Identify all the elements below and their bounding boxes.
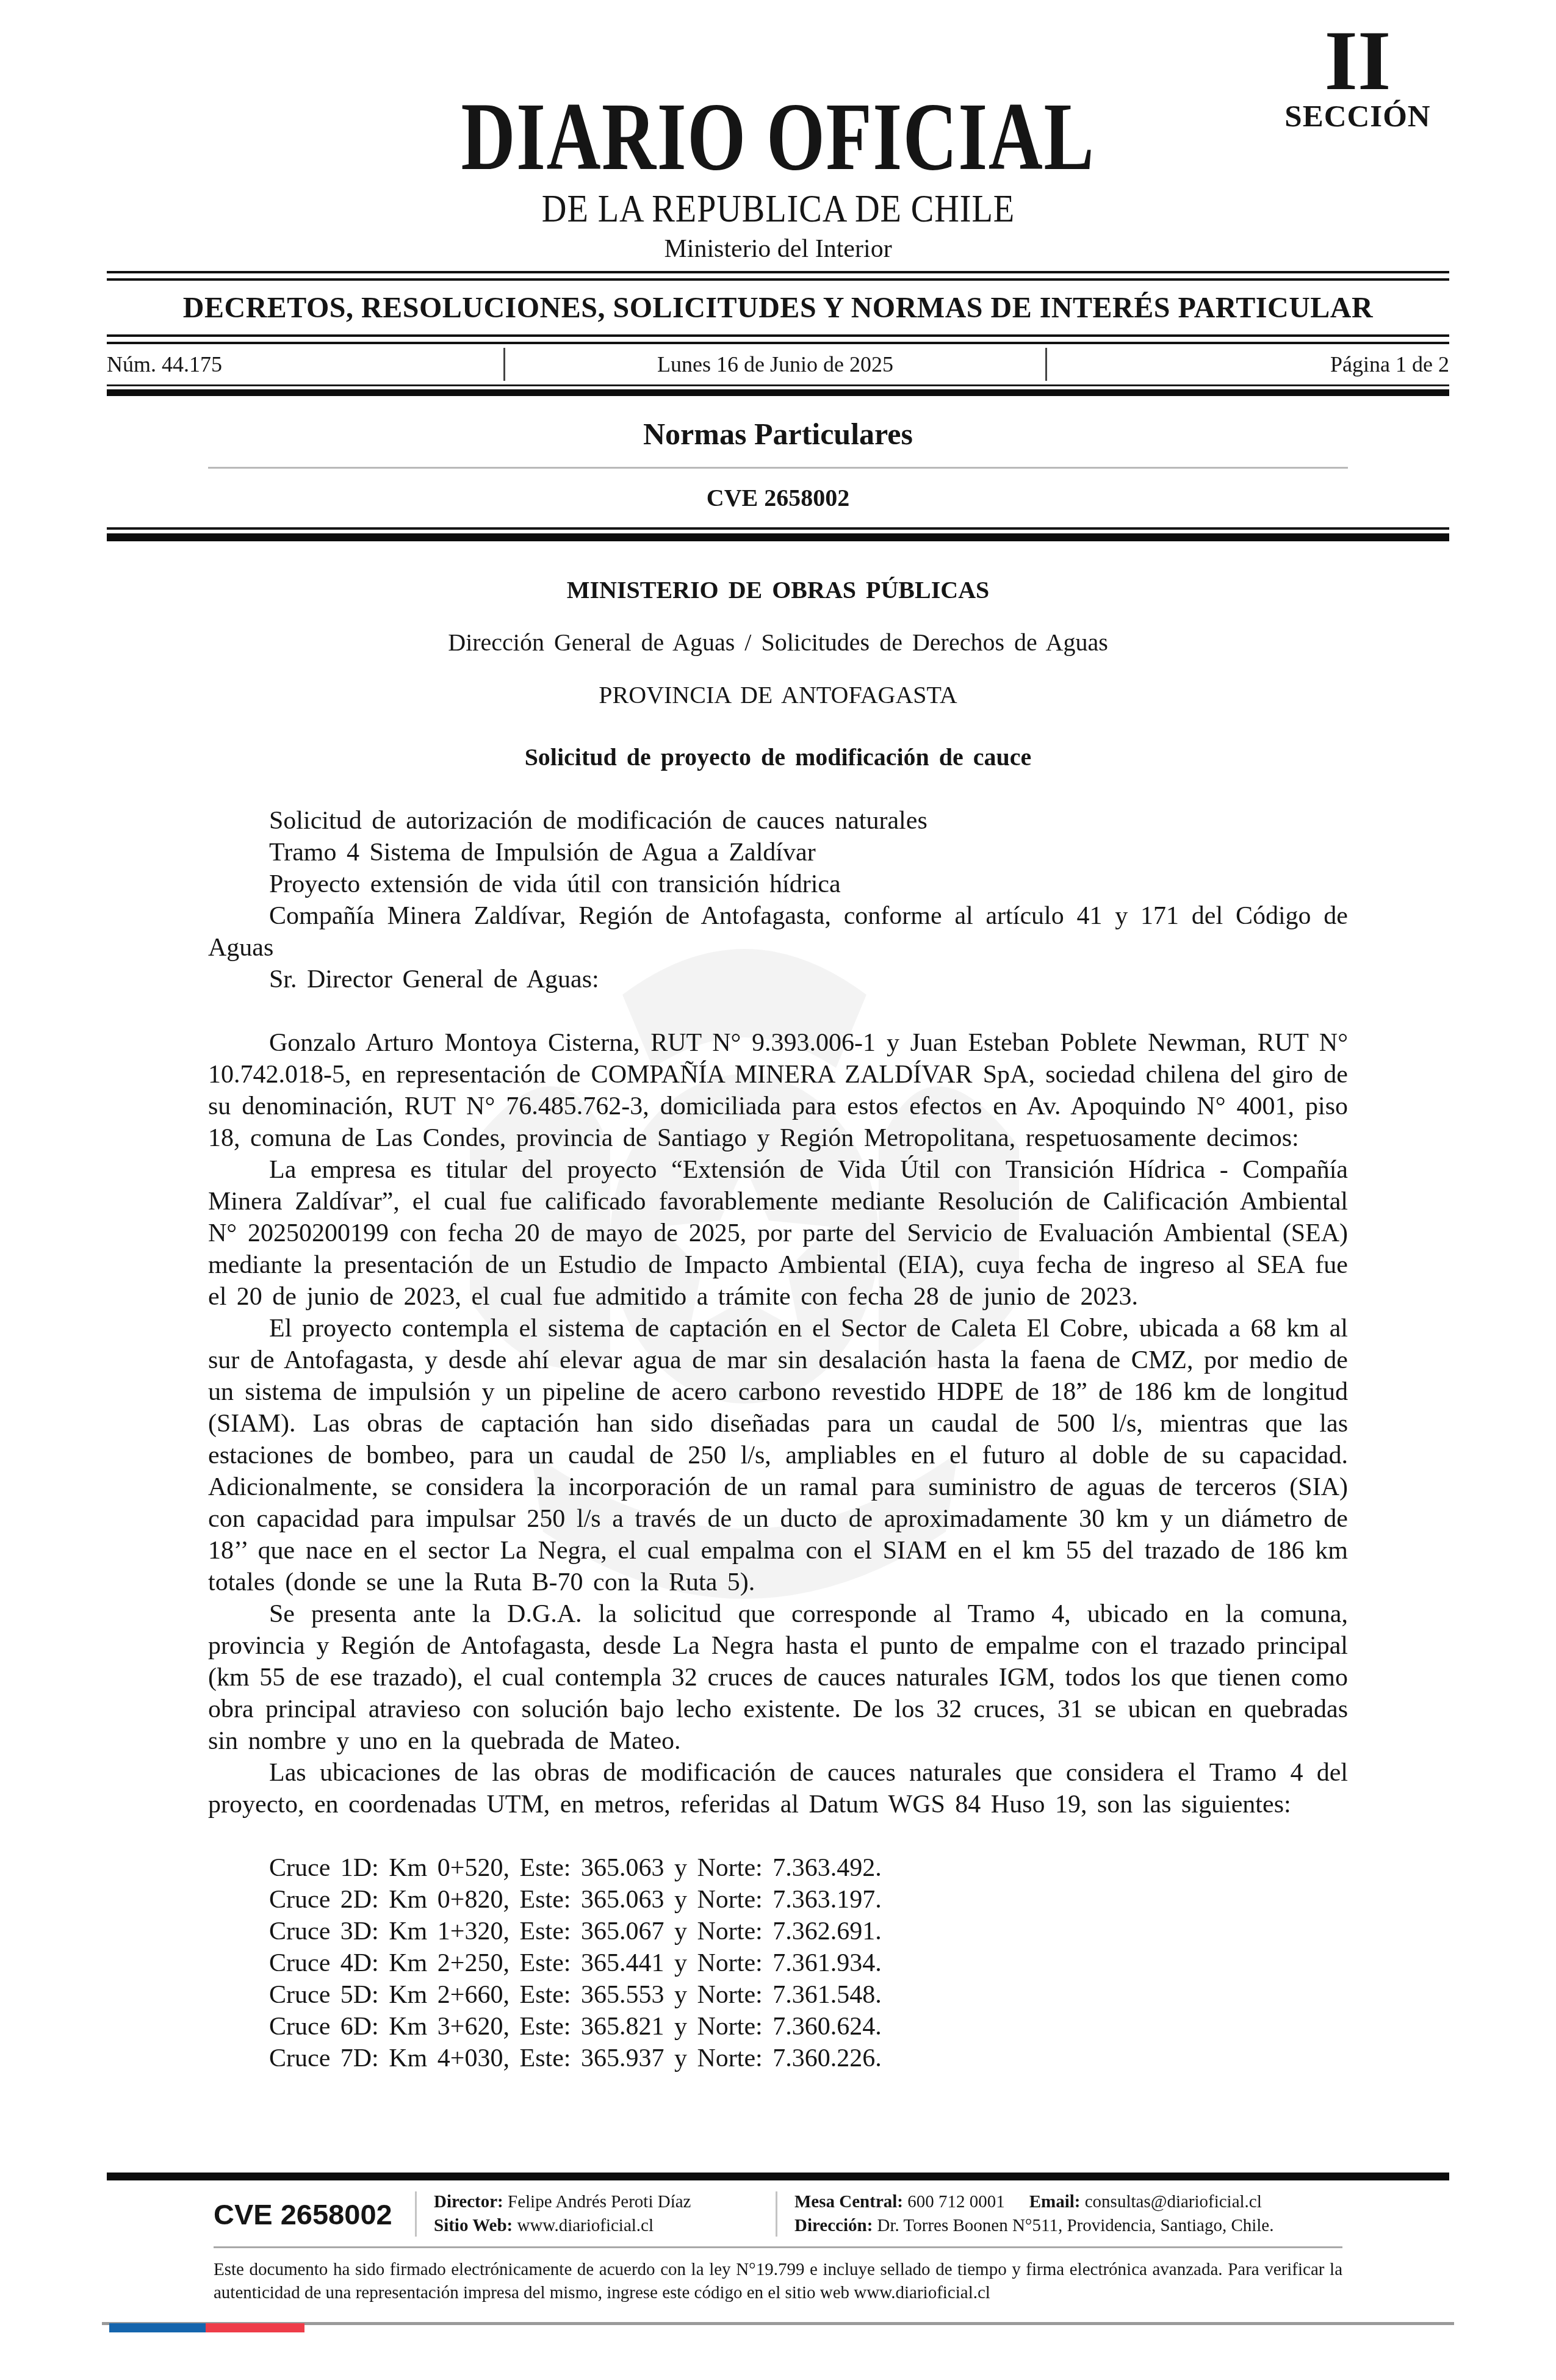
address-value: Dr. Torres Boonen N°511, Providencia, Sa…	[877, 2216, 1274, 2235]
email-value: consultas@diarioficial.cl	[1085, 2192, 1262, 2212]
footer-director-column: Director: Felipe Andrés Peroti Díaz Siti…	[417, 2190, 776, 2238]
issue-bar: Núm. 44.175 Lunes 16 de Junio de 2025 Pá…	[107, 344, 1449, 384]
notice-body: MINISTERIO DE OBRAS PÚBLICAS Dirección G…	[208, 577, 1348, 2074]
footer-address-line: Dirección: Dr. Torres Boonen N°511, Prov…	[794, 2214, 1342, 2238]
legal-text: Este documento ha sido firmado electróni…	[214, 2258, 1342, 2304]
crossing-line: Cruce 6D: Km 3+620, Este: 365.821 y Nort…	[208, 2011, 1348, 2043]
masthead-subtitle: DE LA REPUBLICA DE CHILE	[107, 189, 1449, 228]
reference-paragraph: Compañía Minera Zaldívar, Región de Anto…	[208, 900, 1348, 964]
chile-flag-bar	[109, 2323, 304, 2332]
footer-info-row: CVE 2658002 Director: Felipe Andrés Pero…	[214, 2190, 1342, 2238]
bottom-gray-rule	[102, 2322, 1454, 2325]
reference-line: Proyecto extensión de vida útil con tran…	[208, 868, 1348, 900]
reference-block: Solicitud de autorización de modificació…	[208, 805, 1348, 995]
notice-title: Solicitud de proyecto de modificación de…	[208, 744, 1348, 771]
crossing-line: Cruce 5D: Km 2+660, Este: 365.553 y Nort…	[208, 1979, 1348, 2011]
email-label: Email:	[1029, 2192, 1081, 2212]
section-block: II SECCIÓN	[1278, 24, 1437, 133]
gray-divider	[208, 467, 1348, 469]
crossing-line: Cruce 4D: Km 2+250, Este: 365.441 y Nort…	[208, 1947, 1348, 1979]
notice-paragraph: La empresa es titular del proyecto “Exte…	[208, 1154, 1348, 1313]
phone-label: Mesa Central:	[794, 2192, 903, 2212]
section-word: SECCIÓN	[1278, 100, 1437, 133]
masthead: DIARIO OFICIAL DE LA REPUBLICA DE CHILE …	[107, 0, 1449, 262]
section-roman-numeral: II	[1278, 24, 1437, 98]
masthead-ministry: Ministerio del Interior	[107, 236, 1449, 262]
medium-rule	[107, 527, 1449, 530]
crossing-list: Cruce 1D: Km 0+520, Este: 365.063 y Nort…	[208, 1852, 1348, 2074]
page-footer: CVE 2658002 Director: Felipe Andrés Pero…	[107, 2173, 1449, 2335]
footer-phone-email-line: Mesa Central: 600 712 0001Email: consult…	[794, 2190, 1342, 2214]
blank-line	[208, 995, 1348, 1027]
crossing-line: Cruce 1D: Km 0+520, Este: 365.063 y Nort…	[208, 1852, 1348, 1884]
salutation: Sr. Director General de Aguas:	[208, 964, 1348, 995]
reference-line: Tramo 4 Sistema de Impulsión de Agua a Z…	[208, 837, 1348, 868]
footer-cve-code: CVE 2658002	[214, 2190, 415, 2238]
crossing-line: Cruce 7D: Km 4+030, Este: 365.937 y Nort…	[208, 2043, 1348, 2074]
notice-paragraph: Gonzalo Arturo Montoya Cisterna, RUT N° …	[208, 1027, 1348, 1154]
division-heading: Dirección General de Aguas / Solicitudes…	[208, 629, 1348, 656]
heavy-rule	[107, 533, 1449, 541]
section-title: Normas Particulares	[107, 417, 1449, 451]
rule-under-issue-bar	[107, 384, 1449, 396]
footer-gray-rule	[214, 2246, 1342, 2248]
flag-blue-segment	[109, 2323, 206, 2332]
cve-code-heading: CVE 2658002	[107, 485, 1449, 511]
address-label: Dirección:	[794, 2216, 873, 2235]
reference-line: Solicitud de autorización de modificació…	[208, 805, 1348, 837]
bottom-bar	[107, 2322, 1449, 2335]
web-value: www.diarioficial.cl	[517, 2216, 654, 2235]
phone-value: 600 712 0001	[907, 2192, 1005, 2212]
notice-paragraph: Se presenta ante la D.G.A. la solicitud …	[208, 1598, 1348, 1757]
director-label: Director:	[434, 2192, 503, 2212]
crossing-line: Cruce 2D: Km 0+820, Este: 365.063 y Nort…	[208, 1884, 1348, 1916]
masthead-title: DIARIO OFICIAL	[461, 92, 1095, 183]
double-rule-under-banner	[107, 334, 1449, 344]
crossing-line: Cruce 3D: Km 1+320, Este: 365.067 y Nort…	[208, 1916, 1348, 1947]
issue-date: Lunes 16 de Junio de 2025	[505, 352, 1045, 377]
blank-line	[208, 1820, 1348, 1852]
issue-number: Núm. 44.175	[107, 352, 503, 377]
flag-red-segment	[206, 2323, 304, 2332]
ministry-heading: MINISTERIO DE OBRAS PÚBLICAS	[208, 577, 1348, 604]
page-indicator: Página 1 de 2	[1047, 352, 1449, 377]
notice-paragraph: El proyecto contempla el sistema de capt…	[208, 1313, 1348, 1598]
province-heading: PROVINCIA DE ANTOFAGASTA	[208, 682, 1348, 709]
footer-web-line: Sitio Web: www.diarioficial.cl	[434, 2214, 776, 2238]
web-label: Sitio Web:	[434, 2216, 513, 2235]
footer-heavy-rule	[107, 2173, 1449, 2180]
footer-contact-column: Mesa Central: 600 712 0001Email: consult…	[777, 2190, 1342, 2238]
document-page: DIARIO OFICIAL DE LA REPUBLICA DE CHILE …	[0, 0, 1556, 2380]
footer-director-line: Director: Felipe Andrés Peroti Díaz	[434, 2190, 776, 2214]
banner-heading: DECRETOS, RESOLUCIONES, SOLICITUDES Y NO…	[107, 290, 1449, 326]
double-rule-top	[107, 271, 1449, 281]
masthead-subtitle-text: DE LA REPUBLICA DE CHILE	[541, 189, 1014, 228]
notice-paragraph: Las ubicaciones de las obras de modifica…	[208, 1757, 1348, 1820]
director-value: Felipe Andrés Peroti Díaz	[508, 2192, 691, 2212]
